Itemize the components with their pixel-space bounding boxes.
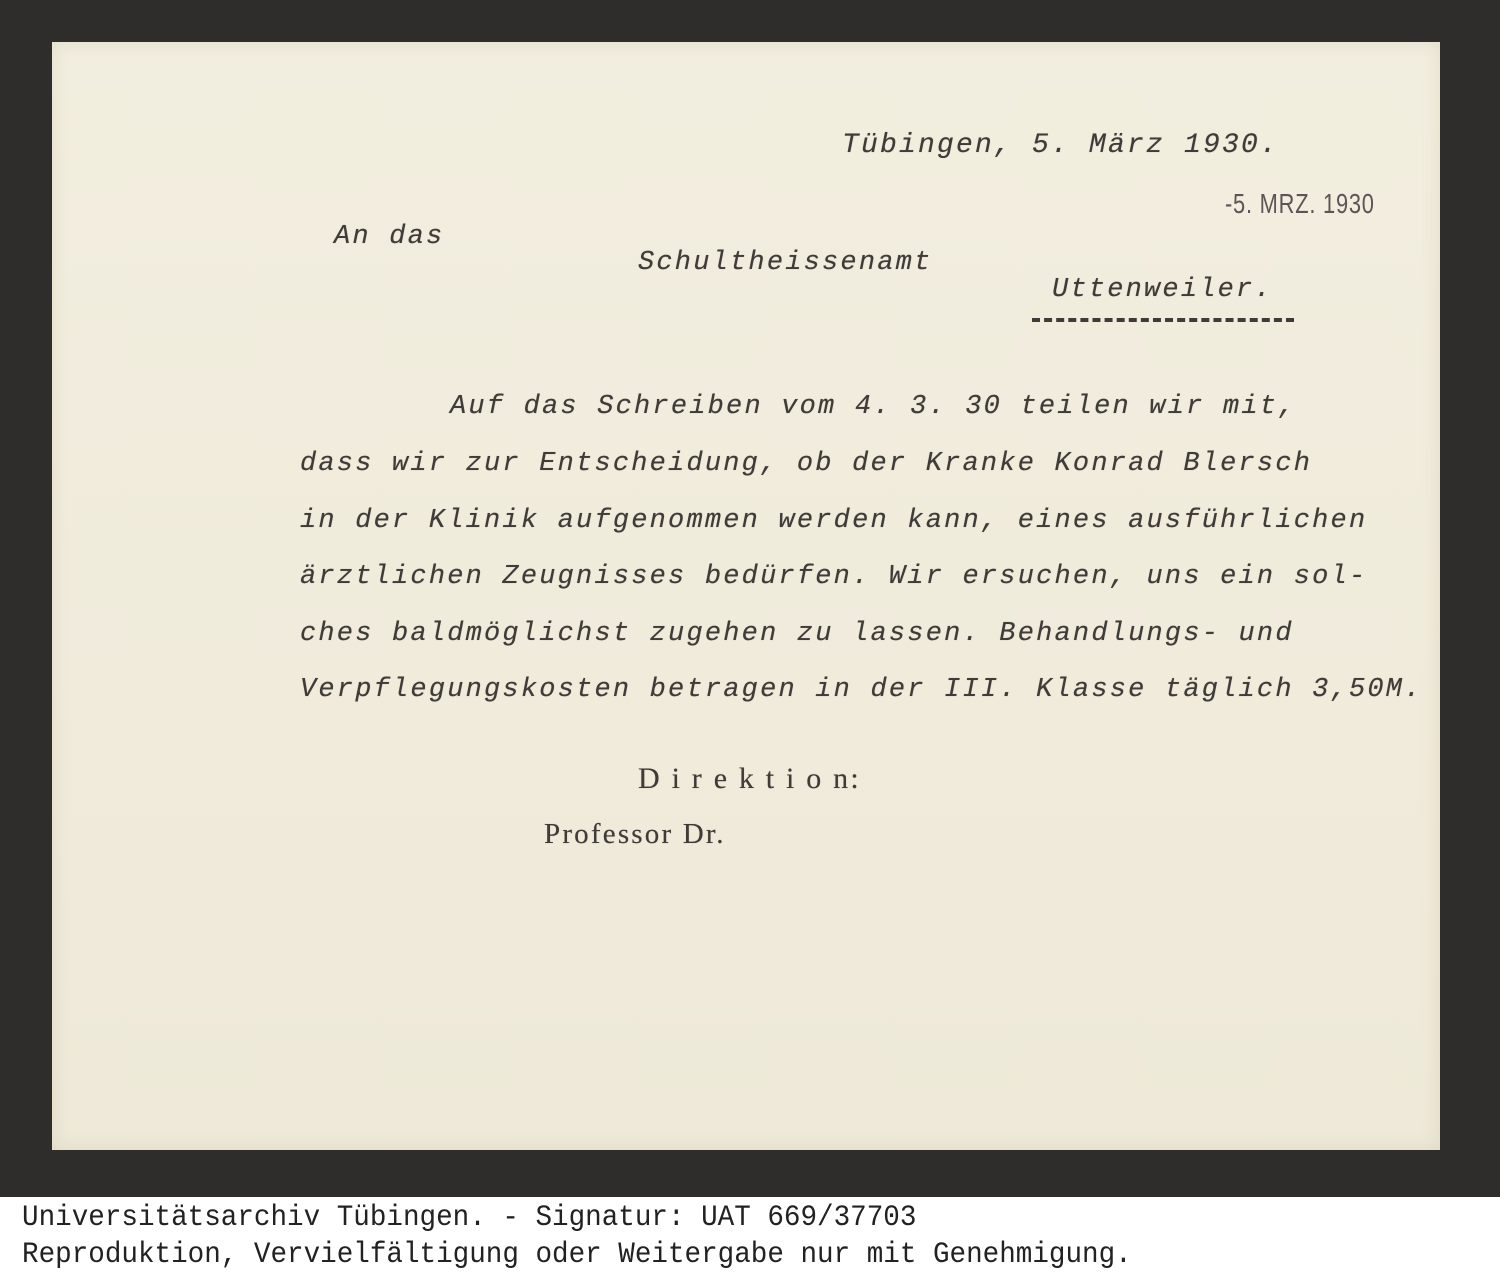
recipient-town: Uttenweiler. — [1052, 275, 1273, 305]
body-line-2: dass wir zur Entscheidung, ob der Kranke… — [300, 449, 1312, 479]
body-line-4: ärztlichen Zeugnisses bedürfen. Wir ersu… — [300, 562, 1367, 592]
body-line-5: ches baldmöglichst zugehen zu lassen. Be… — [300, 619, 1294, 649]
town-underline — [1032, 318, 1294, 322]
body-line-3: in der Klinik aufgenommen werden kann, e… — [300, 506, 1367, 536]
recipient-salutation: An das — [334, 222, 444, 252]
body-line-1: Auf das Schreiben vom 4. 3. 30 teilen wi… — [450, 392, 1297, 422]
signature-name: Professor Dr. — [544, 818, 726, 851]
reproduction-notice: Reproduktion, Vervielfältigung oder Weit… — [22, 1238, 1132, 1272]
scan-background — [0, 0, 1500, 1197]
signature-title: D i r e k t i o n: — [638, 762, 861, 796]
place-date: Tübingen, 5. März 1930. — [842, 130, 1279, 161]
received-stamp: -5. MRZ. 1930 — [1225, 188, 1375, 220]
recipient-office: Schultheissenamt — [638, 248, 932, 278]
archive-caption: Universitätsarchiv Tübingen. - Signatur:… — [22, 1201, 916, 1235]
body-line-6: Verpflegungskosten betragen in der III. … — [300, 675, 1423, 705]
